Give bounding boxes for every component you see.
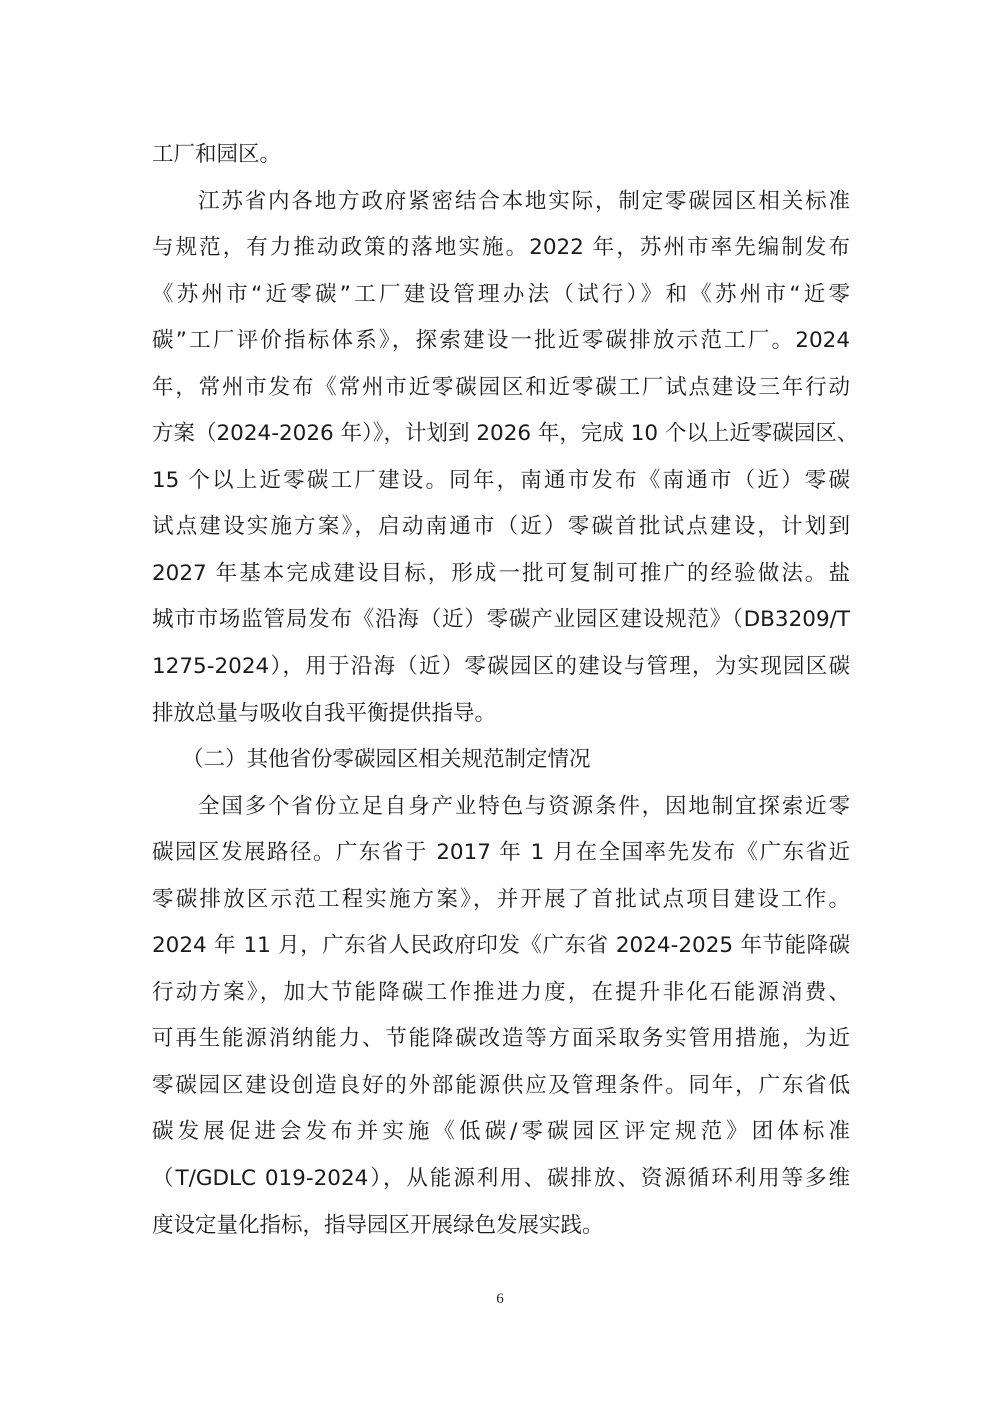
- paragraph-line: 试点建设实施方案》，启动南通市（近）零碳首批试点建设，计划到: [152, 504, 850, 551]
- paragraph-line: 15 个以上近零碳工厂建设。同年，南通市发布《南通市（近）零碳: [152, 458, 850, 505]
- paragraph-line: 与规范，有力推动政策的落地实施。2022 年，苏州市率先编制发布: [152, 225, 850, 272]
- paragraph-line: 方案（2024-2026 年）》，计划到 2026 年，完成 10 个以上近零碳…: [152, 411, 850, 458]
- paragraph-line: 碳发展促进会发布并实施《低碳/零碳园区评定规范》团体标准: [152, 1109, 850, 1156]
- paragraph-line: 碳”工厂评价指标体系》，探索建设一批近零碳排放示范工厂。2024: [152, 318, 850, 365]
- paragraph-line: 零碳园区建设创造良好的外部能源供应及管理条件。同年，广东省低: [152, 1063, 850, 1110]
- paragraph-line: 2027 年基本完成建设目标，形成一批可复制可推广的经验做法。盐: [152, 551, 850, 598]
- document-page: 工厂和园区。 江苏省内各地方政府紧密结合本地实际，制定零碳园区相关标准 与规范，…: [0, 0, 1000, 1414]
- paragraph-line: 可再生能源消纳能力、节能降碳改造等方面采取务实管用措施，为近: [152, 1016, 850, 1063]
- paragraph-line: 2024 年 11 月，广东省人民政府印发《广东省 2024-2025 年节能降…: [152, 923, 850, 970]
- paragraph-line: 1275-2024），用于沿海（近）零碳园区的建设与管理，为实现园区碳: [152, 644, 850, 691]
- paragraph-line: 城市市场监管局发布《沿海（近）零碳产业园区建设规范》（DB3209/T: [152, 597, 850, 644]
- paragraph-line: 零碳排放区示范工程实施方案》，并开展了首批试点项目建设工作。: [152, 877, 850, 924]
- section-heading: （二）其他省份零碳园区相关规范制定情况: [152, 737, 850, 784]
- paragraph-line: 排放总量与吸收自我平衡提供指导。: [152, 691, 850, 738]
- paragraph-line: 度设定量化指标，指导园区开展绿色发展实践。: [152, 1203, 850, 1250]
- paragraph-line: 江苏省内各地方政府紧密结合本地实际，制定零碳园区相关标准: [152, 179, 850, 226]
- paragraph-line: 行动方案》，加大节能降碳工作推进力度，在提升非化石能源消费、: [152, 970, 850, 1017]
- paragraph-line: 碳园区发展路径。广东省于 2017 年 1 月在全国率先发布《广东省近: [152, 830, 850, 877]
- paragraph-line: 《苏州市“近零碳”工厂建设管理办法（试行）》和《苏州市“近零: [152, 272, 850, 319]
- paragraph-line: （T/GDLC 019-2024），从能源利用、碳排放、资源循环利用等多维: [152, 1156, 850, 1203]
- page-number: 6: [0, 1291, 1000, 1308]
- body-text: 工厂和园区。 江苏省内各地方政府紧密结合本地实际，制定零碳园区相关标准 与规范，…: [152, 132, 850, 1249]
- paragraph-line: 工厂和园区。: [152, 132, 850, 179]
- paragraph-line: 年，常州市发布《常州市近零碳园区和近零碳工厂试点建设三年行动: [152, 365, 850, 412]
- paragraph-line: 全国多个省份立足自身产业特色与资源条件，因地制宜探索近零: [152, 784, 850, 831]
